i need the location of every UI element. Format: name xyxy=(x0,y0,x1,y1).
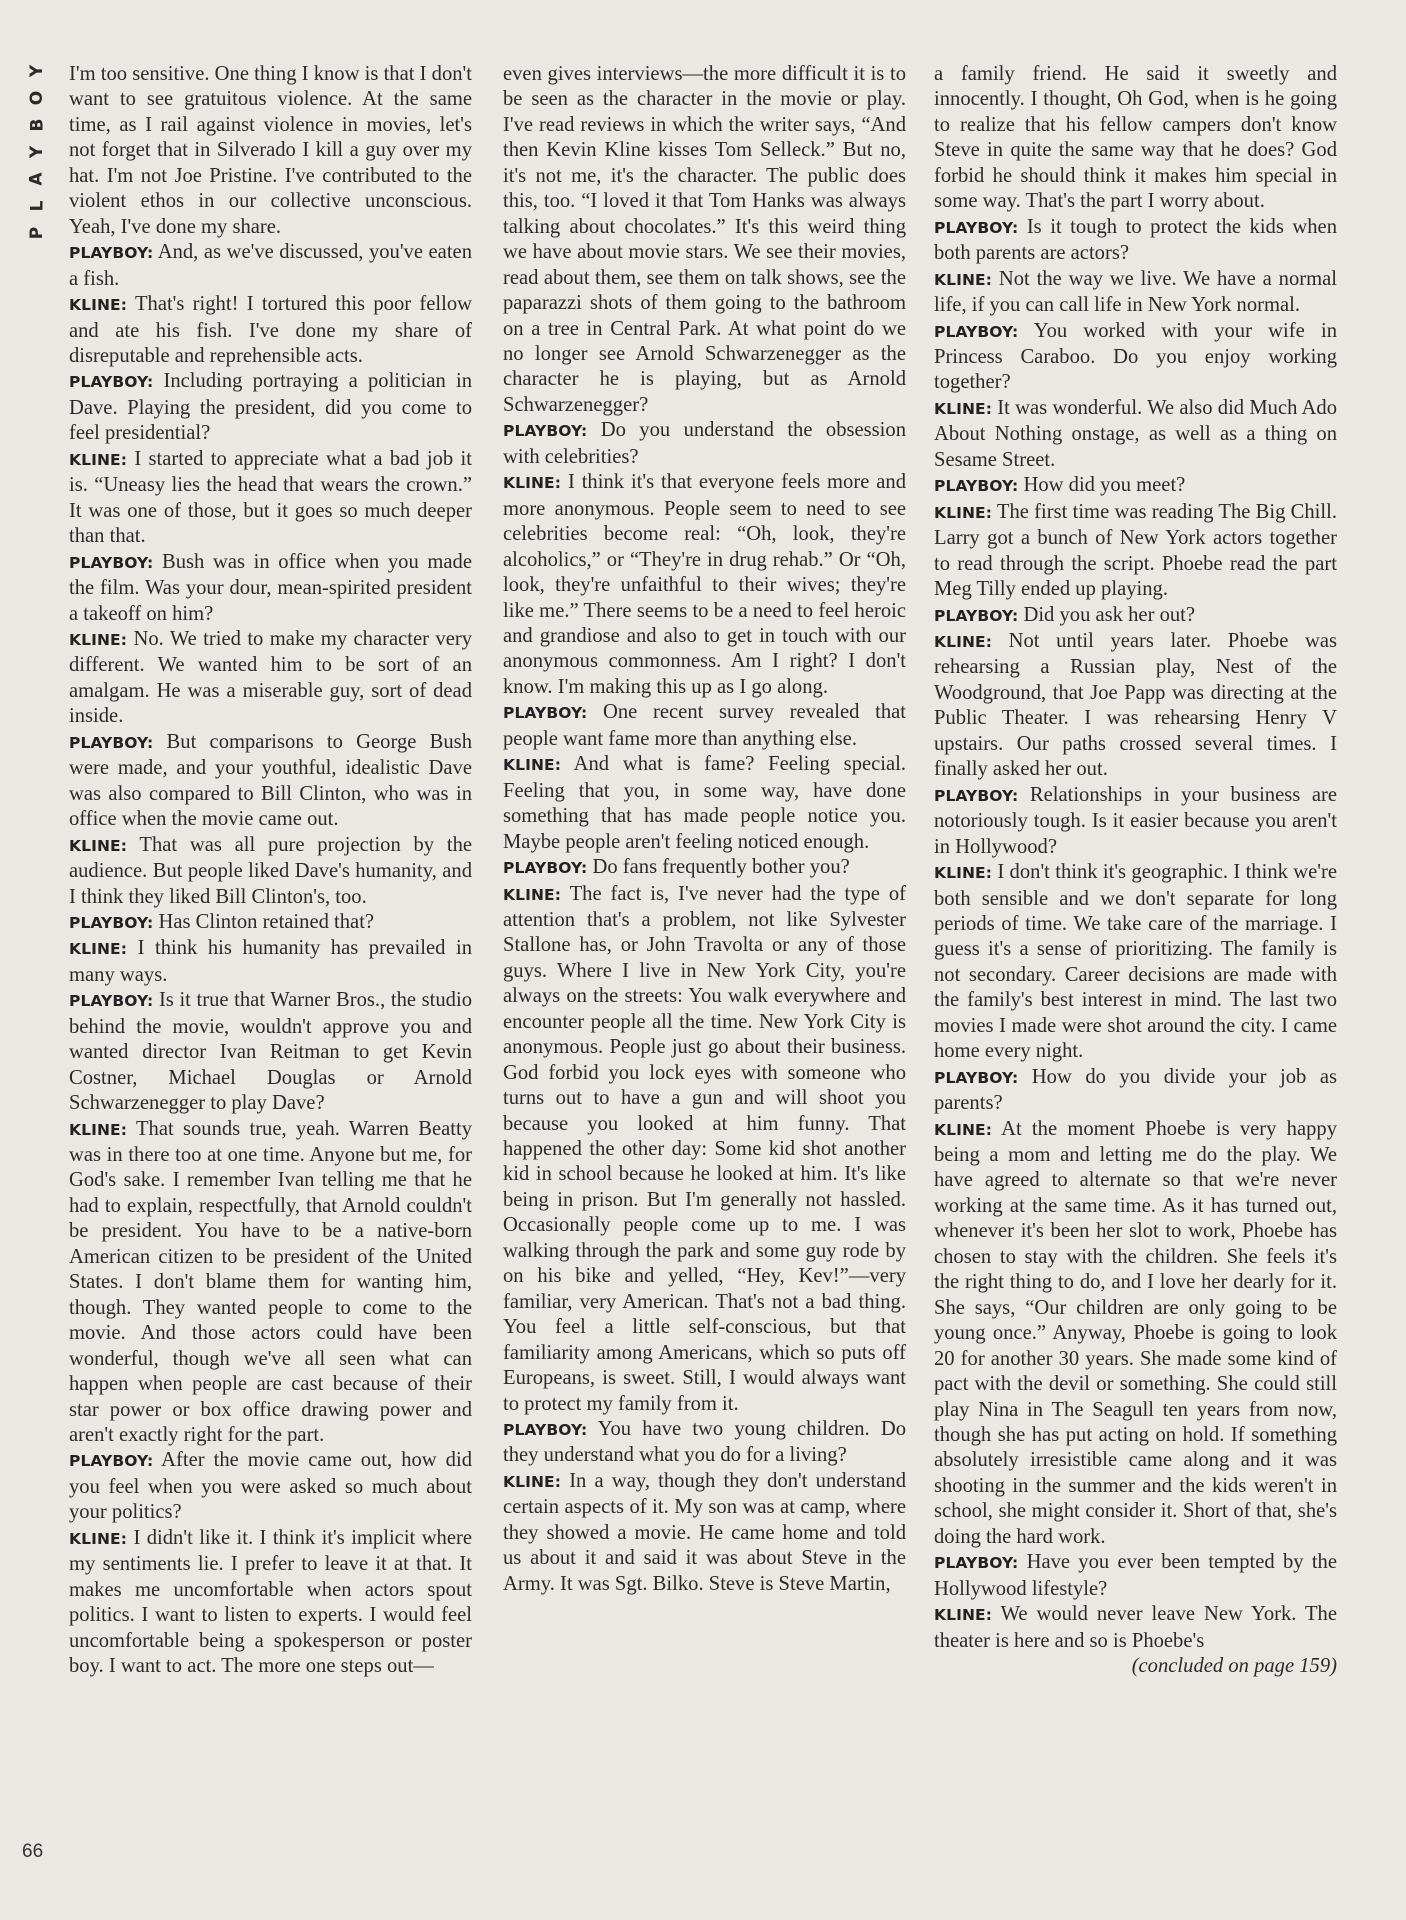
interview-paragraph: KLINE: It was wonderful. We also did Muc… xyxy=(934,396,1337,473)
spine-letter: Y xyxy=(28,146,46,158)
interview-paragraph: PLAYBOY: One recent survey revealed that… xyxy=(503,700,906,752)
spine-letter: B xyxy=(28,119,46,132)
speaker-label-playboy: PLAYBOY: xyxy=(934,1069,1018,1087)
interview-paragraph: KLINE: No. We tried to make my character… xyxy=(69,627,472,730)
paragraph-text: I didn't like it. I think it's implicit … xyxy=(69,1527,472,1677)
speaker-label-playboy: PLAYBOY: xyxy=(69,1452,153,1470)
paragraph-text: Not the way we live. We have a normal li… xyxy=(934,268,1337,316)
paragraph-text: I'm too sensitive. One thing I know is t… xyxy=(69,63,472,238)
speaker-label-kline: KLINE: xyxy=(69,1530,127,1548)
interview-paragraph: KLINE: And what is fame? Feeling special… xyxy=(503,752,906,855)
interview-paragraph: KLINE: I think it's that everyone feels … xyxy=(503,470,906,700)
interview-paragraph: KLINE: We would never leave New York. Th… xyxy=(934,1602,1337,1654)
speaker-label-kline: KLINE: xyxy=(69,1121,127,1139)
spine-letter: A xyxy=(28,172,46,185)
continued-paragraph: even gives interviews—the more difficult… xyxy=(503,62,906,418)
page-number: 66 xyxy=(22,1841,43,1863)
speaker-label-kline: KLINE: xyxy=(934,864,992,882)
speaker-label-playboy: PLAYBOY: xyxy=(69,914,153,932)
paragraph-text: We would never leave New York. The theat… xyxy=(934,1603,1337,1651)
speaker-label-playboy: PLAYBOY: xyxy=(503,1421,587,1439)
interview-paragraph: PLAYBOY: But comparisons to George Bush … xyxy=(69,730,472,833)
speaker-label-playboy: PLAYBOY: xyxy=(934,477,1018,495)
interview-paragraph: PLAYBOY: How do you divide your job as p… xyxy=(934,1065,1337,1117)
paragraph-text: I think it's that everyone feels more an… xyxy=(503,471,906,698)
interview-paragraph: KLINE: I didn't like it. I think it's im… xyxy=(69,1526,472,1680)
speaker-label-playboy: PLAYBOY: xyxy=(934,1554,1018,1572)
interview-paragraph: PLAYBOY: Do you understand the obsession… xyxy=(503,418,906,470)
spine-letter: O xyxy=(28,91,46,105)
speaker-label-playboy: PLAYBOY: xyxy=(934,219,1018,237)
interview-paragraph: PLAYBOY: Have you ever been tempted by t… xyxy=(934,1550,1337,1602)
interview-paragraph: KLINE: The fact is, I've never had the t… xyxy=(503,882,906,1418)
text-column-1: I'm too sensitive. One thing I know is t… xyxy=(69,62,472,1680)
speaker-label-playboy: PLAYBOY: xyxy=(69,373,153,391)
interview-paragraph: KLINE: Not until years later. Phoebe was… xyxy=(934,629,1337,783)
interview-paragraph: KLINE: In a way, though they don't under… xyxy=(503,1469,906,1597)
paragraph-text: And what is fame? Feeling special. Feeli… xyxy=(503,753,906,852)
paragraph-text: Do fans frequently bother you? xyxy=(592,856,849,878)
speaker-label-kline: KLINE: xyxy=(934,1121,992,1139)
spine-letter: L xyxy=(28,201,46,212)
interview-paragraph: PLAYBOY: Has Clinton retained that? xyxy=(69,910,472,936)
speaker-label-playboy: PLAYBOY: xyxy=(69,244,153,262)
paragraph-text: I started to appreciate what a bad job i… xyxy=(69,448,472,547)
speaker-label-kline: KLINE: xyxy=(503,474,561,492)
speaker-label-kline: KLINE: xyxy=(69,940,127,958)
paragraph-text: Not until years later. Phoebe was rehear… xyxy=(934,630,1337,780)
interview-paragraph: KLINE: The first time was reading The Bi… xyxy=(934,500,1337,603)
speaker-label-playboy: PLAYBOY: xyxy=(69,734,153,752)
interview-paragraph: PLAYBOY: After the movie came out, how d… xyxy=(69,1448,472,1525)
paragraph-text: Did you ask her out? xyxy=(1023,604,1195,626)
interview-paragraph: PLAYBOY: You have two young children. Do… xyxy=(503,1417,906,1469)
interview-paragraph: PLAYBOY: How did you meet? xyxy=(934,473,1337,499)
speaker-label-playboy: PLAYBOY: xyxy=(934,323,1018,341)
paragraph-text: The fact is, I've never had the type of … xyxy=(503,883,906,1415)
text-column-2: even gives interviews—the more difficult… xyxy=(503,62,906,1597)
paragraph-text: That sounds true, yeah. Warren Beatty wa… xyxy=(69,1118,472,1446)
paragraph-text: That was all pure projection by the audi… xyxy=(69,834,472,908)
speaker-label-kline: KLINE: xyxy=(934,504,992,522)
speaker-label-playboy: PLAYBOY: xyxy=(934,787,1018,805)
paragraph-text: The first time was reading The Big Chill… xyxy=(934,501,1337,600)
paragraph-text: even gives interviews—the more difficult… xyxy=(503,63,906,416)
interview-paragraph: PLAYBOY: Bush was in office when you mad… xyxy=(69,550,472,627)
interview-paragraph: PLAYBOY: Do fans frequently bother you? xyxy=(503,855,906,881)
speaker-label-kline: KLINE: xyxy=(69,631,127,649)
magazine-spine-label: P L A Y B O Y xyxy=(24,62,50,242)
interview-paragraph: PLAYBOY: Is it true that Warner Bros., t… xyxy=(69,988,472,1116)
interview-paragraph: KLINE: I don't think it's geographic. I … xyxy=(934,860,1337,1065)
speaker-label-kline: KLINE: xyxy=(934,400,992,418)
speaker-label-kline: KLINE: xyxy=(503,756,561,774)
interview-paragraph: PLAYBOY: Did you ask her out? xyxy=(934,603,1337,629)
paragraph-text: Has Clinton retained that? xyxy=(158,911,374,933)
interview-paragraph: KLINE: I think his humanity has prevaile… xyxy=(69,936,472,988)
interview-paragraph: PLAYBOY: Including portraying a politici… xyxy=(69,369,472,446)
speaker-label-playboy: PLAYBOY: xyxy=(503,422,587,440)
speaker-label-playboy: PLAYBOY: xyxy=(69,554,153,572)
paragraph-text: In a way, though they don't understand c… xyxy=(503,1470,906,1595)
continuation-note: (concluded on page 159) xyxy=(934,1654,1337,1679)
paragraph-text: No. We tried to make my character very d… xyxy=(69,628,472,727)
spine-letter: P xyxy=(28,227,46,239)
speaker-label-kline: KLINE: xyxy=(934,633,992,651)
continued-paragraph: I'm too sensitive. One thing I know is t… xyxy=(69,62,472,240)
speaker-label-playboy: PLAYBOY: xyxy=(503,859,587,877)
speaker-label-kline: KLINE: xyxy=(69,296,127,314)
continued-paragraph: a family friend. He said it sweetly and … xyxy=(934,62,1337,215)
speaker-label-playboy: PLAYBOY: xyxy=(69,992,153,1010)
speaker-label-playboy: PLAYBOY: xyxy=(503,704,587,722)
interview-paragraph: PLAYBOY: And, as we've discussed, you've… xyxy=(69,240,472,292)
speaker-label-kline: KLINE: xyxy=(503,1473,561,1491)
interview-paragraph: PLAYBOY: Relationships in your business … xyxy=(934,783,1337,860)
interview-paragraph: KLINE: At the moment Phoebe is very happ… xyxy=(934,1117,1337,1551)
interview-paragraph: KLINE: That's right! I tortured this poo… xyxy=(69,292,472,369)
paragraph-text: I think his humanity has prevailed in ma… xyxy=(69,937,472,985)
paragraph-text: I don't think it's geographic. I think w… xyxy=(934,861,1337,1062)
spine-letter: Y xyxy=(28,65,46,77)
speaker-label-playboy: PLAYBOY: xyxy=(934,607,1018,625)
interview-paragraph: KLINE: That sounds true, yeah. Warren Be… xyxy=(69,1117,472,1449)
speaker-label-kline: KLINE: xyxy=(934,271,992,289)
interview-paragraph: KLINE: That was all pure projection by t… xyxy=(69,833,472,910)
speaker-label-kline: KLINE: xyxy=(934,1606,992,1624)
paragraph-text: How did you meet? xyxy=(1023,474,1185,496)
interview-paragraph: PLAYBOY: Is it tough to protect the kids… xyxy=(934,215,1337,267)
paragraph-text: That's right! I tortured this poor fello… xyxy=(69,293,472,367)
paragraph-text: a family friend. He said it sweetly and … xyxy=(934,63,1337,212)
interview-paragraph: PLAYBOY: You worked with your wife in Pr… xyxy=(934,319,1337,396)
interview-paragraph: KLINE: I started to appreciate what a ba… xyxy=(69,447,472,550)
paragraph-text: It was wonderful. We also did Much Ado A… xyxy=(934,397,1337,471)
speaker-label-kline: KLINE: xyxy=(503,886,561,904)
text-column-3: a family friend. He said it sweetly and … xyxy=(934,62,1337,1680)
speaker-label-kline: KLINE: xyxy=(69,451,127,469)
speaker-label-kline: KLINE: xyxy=(69,837,127,855)
interview-paragraph: KLINE: Not the way we live. We have a no… xyxy=(934,267,1337,319)
paragraph-text: At the moment Phoebe is very happy being… xyxy=(934,1118,1337,1548)
